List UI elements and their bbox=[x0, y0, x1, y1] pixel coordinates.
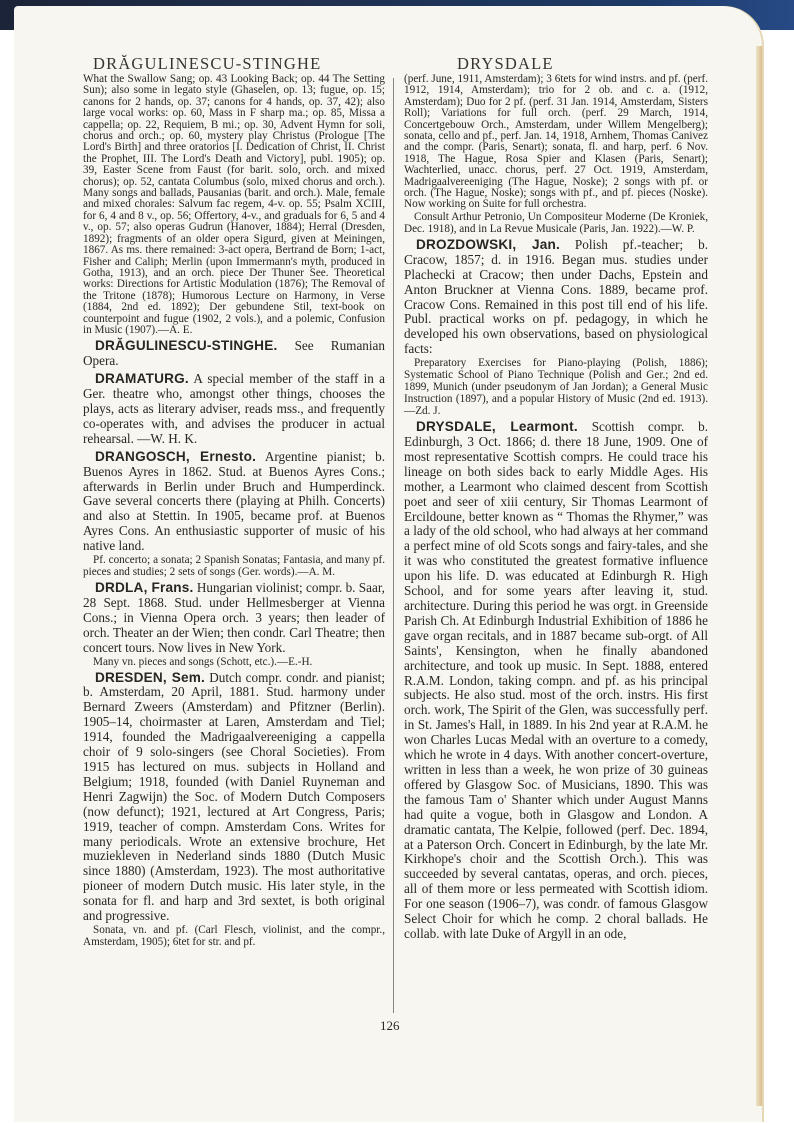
running-head-right: DRYSDALE bbox=[457, 54, 554, 74]
entry-body: Polish pf.-teacher; b. Cracow, 1857; d. … bbox=[404, 237, 708, 356]
column-divider bbox=[393, 78, 394, 1013]
entry-note: Preparatory Exercises for Piano-playing … bbox=[404, 357, 708, 417]
entry-body: Scottish compr. b. Edinburgh, 3 Oct. 186… bbox=[404, 419, 708, 941]
headword: DRYSDALE, Learmont. bbox=[416, 419, 578, 434]
headword: DRANGOSCH, Ernesto. bbox=[95, 449, 256, 464]
page-edge bbox=[756, 46, 762, 1106]
entry-dresden: DRESDEN, Sem. Dutch compr. condr. and pi… bbox=[83, 671, 385, 924]
entry-drdla: DRDLA, Frans. Hungarian violinist; compr… bbox=[83, 581, 385, 656]
headword: DRĂGULINESCU-STINGHE. bbox=[95, 338, 277, 353]
entry-drysdale: DRYSDALE, Learmont. Scottish compr. b. E… bbox=[404, 420, 708, 942]
entry-dramaturg: DRAMATURG. A special member of the staff… bbox=[83, 372, 385, 447]
right-column: (perf. June, 1911, Amsterdam); 3 6tets f… bbox=[404, 74, 708, 942]
left-column: What the Swallow Sang; op. 43 Looking Ba… bbox=[83, 74, 385, 948]
continued-text: (perf. June, 1911, Amsterdam); 3 6tets f… bbox=[404, 74, 708, 211]
entry-note: Sonata, vn. and pf. (Carl Flesch, violin… bbox=[83, 924, 385, 948]
entry-drangosch: DRANGOSCH, Ernesto. Argentine pianist; b… bbox=[83, 450, 385, 554]
continued-text: What the Swallow Sang; op. 43 Looking Ba… bbox=[83, 74, 385, 336]
entry-body: Argentine pianist; b. Buenos Ayres in 18… bbox=[83, 449, 385, 553]
headword: DROZDOWSKI, Jan. bbox=[416, 237, 560, 252]
headword: DRDLA, Frans. bbox=[95, 580, 194, 595]
entry-dragulinescu: DRĂGULINESCU-STINGHE. See Rumanian Opera… bbox=[83, 339, 385, 369]
entry-note: Many vn. pieces and songs (Schott, etc.)… bbox=[83, 656, 385, 668]
entry-drozdowski: DROZDOWSKI, Jan. Polish pf.-teacher; b. … bbox=[404, 238, 708, 357]
page-number: 126 bbox=[380, 1018, 400, 1034]
headword: DRAMATURG. bbox=[95, 371, 189, 386]
headword: DRESDEN, Sem. bbox=[95, 670, 205, 685]
entry-body: Dutch compr. condr. and pianist; b. Amst… bbox=[83, 670, 385, 924]
entry-note: Pf. concerto; a sonata; 2 Spanish Sonata… bbox=[83, 554, 385, 578]
running-head-left: DRĂGULINESCU-STINGHE bbox=[93, 54, 321, 74]
consult-note: Consult Arthur Petronio, Un Compositeur … bbox=[404, 211, 708, 235]
